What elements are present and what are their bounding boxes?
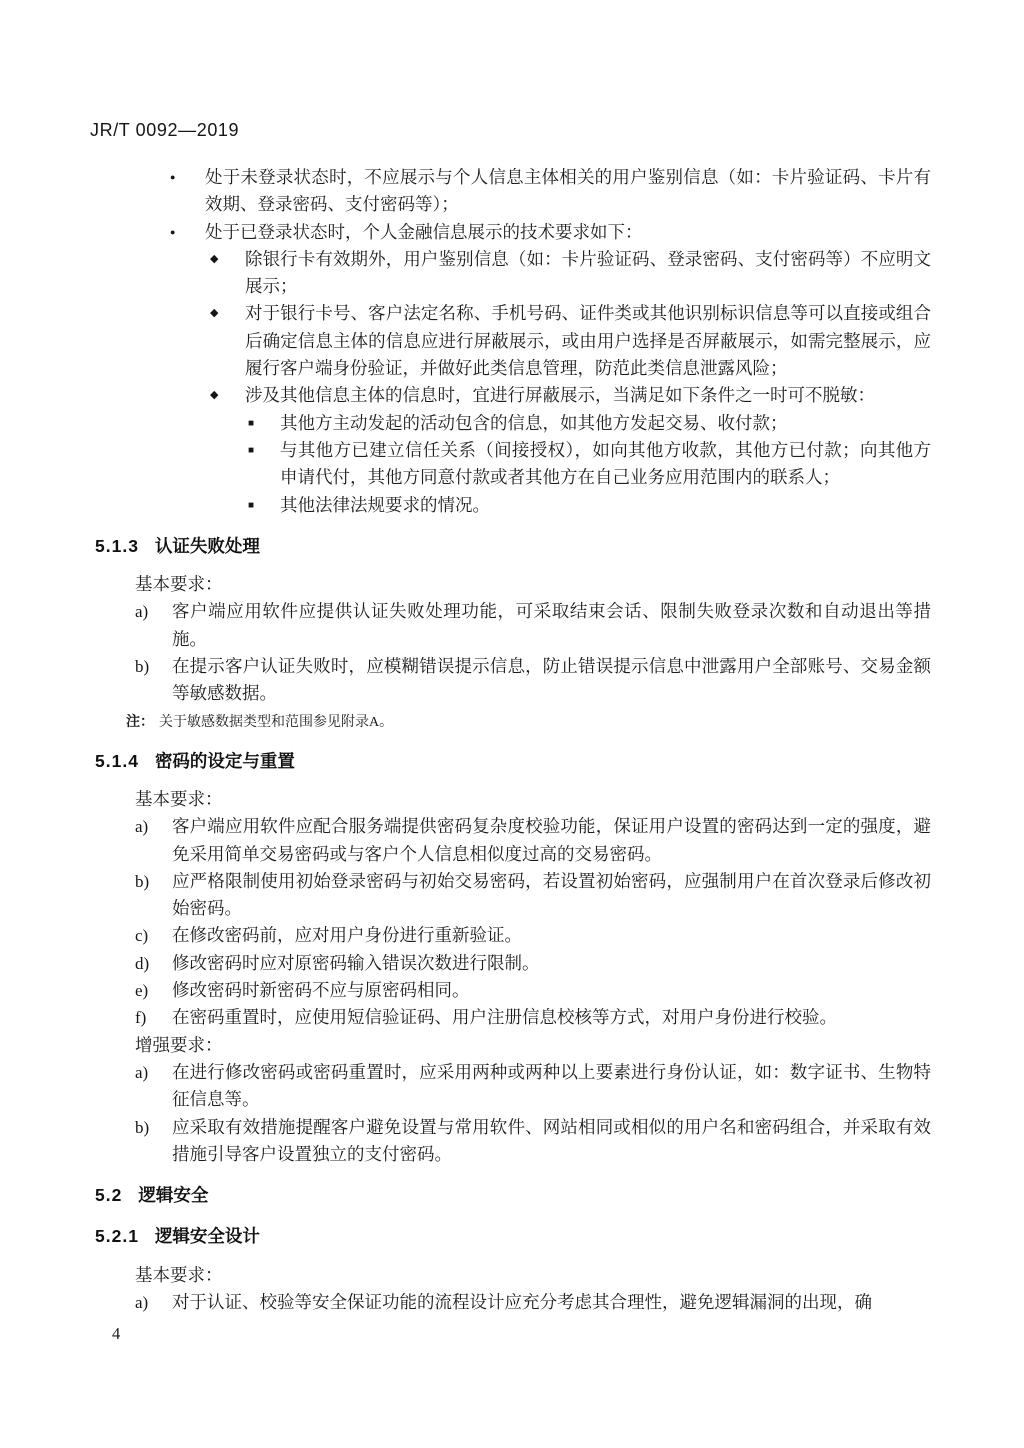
list-item-text: 在进行修改密码或密码重置时，应采用两种或两种以上要素进行身份认证，如：数字证书、… [172, 1059, 931, 1114]
list-item-text: 除银行卡有效期外，用户鉴别信息（如：卡片验证码、登录密码、支付密码等）不应明文展… [245, 246, 931, 301]
list-item: ■ 其他方主动发起的活动包含的信息，如其他方发起交易、收付款； [95, 410, 931, 437]
list-item-text: 处于未登录状态时，不应展示与个人信息主体相关的用户鉴别信息（如：卡片验证码、卡片… [205, 164, 931, 219]
section-heading-514: 5.1.4 密码的设定与重置 [95, 748, 931, 775]
square-icon: ■ [248, 437, 280, 492]
list-item-text: 客户端应用软件应配合服务端提供密码复杂度校验功能，保证用户设置的密码达到一定的强… [172, 813, 931, 868]
heading-title: 认证失败处理 [155, 533, 260, 560]
heading-number: 5.2 [95, 1182, 122, 1209]
item-marker: a) [135, 1059, 172, 1114]
heading-number: 5.2.1 [95, 1223, 139, 1250]
list-item: ■ 其他法律法规要求的情况。 [95, 492, 931, 519]
section-heading-521: 5.2.1 逻辑安全设计 [95, 1223, 931, 1250]
square-icon: ■ [248, 492, 280, 519]
list-item: ● 处于未登录状态时，不应展示与个人信息主体相关的用户鉴别信息（如：卡片验证码、… [95, 164, 931, 219]
list-item: f) 在密码重置时，应使用短信验证码、用户注册信息校核等方式，对用户身份进行校验… [95, 1004, 931, 1031]
list-item-text: 处于已登录状态时，个人金融信息展示的技术要求如下： [205, 219, 931, 246]
bullet-icon: ● [170, 219, 205, 246]
basic-requirements-label: 基本要求： [135, 1262, 931, 1289]
diamond-icon: ◆ [210, 246, 245, 301]
list-item-text: 与其他方已建立信任关系（间接授权），如向其他方收款，其他方已付款；向其他方申请代… [280, 437, 931, 492]
list-item: ■ 与其他方已建立信任关系（间接授权），如向其他方收款，其他方已付款；向其他方申… [95, 437, 931, 492]
basic-requirements-label: 基本要求： [135, 786, 931, 813]
basic-requirements-label: 基本要求： [135, 571, 931, 598]
item-marker: b) [135, 1114, 172, 1169]
list-item: a) 客户端应用软件应配合服务端提供密码复杂度校验功能，保证用户设置的密码达到一… [95, 813, 931, 868]
item-marker: a) [135, 598, 172, 653]
list-item-text: 修改密码时应对原密码输入错误次数进行限制。 [172, 950, 931, 977]
diamond-icon: ◆ [210, 382, 245, 409]
list-item: ◆ 除银行卡有效期外，用户鉴别信息（如：卡片验证码、登录密码、支付密码等）不应明… [95, 246, 931, 301]
list-item: e) 修改密码时新密码不应与原密码相同。 [95, 977, 931, 1004]
item-marker: a) [135, 1289, 172, 1316]
list-item-text: 客户端应用软件应提供认证失败处理功能，可采取结束会话、限制失败登录次数和自动退出… [172, 598, 931, 653]
diamond-icon: ◆ [210, 300, 245, 382]
item-marker: e) [135, 977, 172, 1004]
list-item: a) 对于认证、校验等安全保证功能的流程设计应充分考虑其合理性，避免逻辑漏洞的出… [95, 1289, 931, 1316]
item-marker: b) [135, 868, 172, 923]
list-item-text: 在密码重置时，应使用短信验证码、用户注册信息校核等方式，对用户身份进行校验。 [172, 1004, 931, 1031]
list-item-text: 对于认证、校验等安全保证功能的流程设计应充分考虑其合理性，避免逻辑漏洞的出现，确 [172, 1289, 931, 1316]
note-label: 注： [126, 711, 154, 734]
list-item-text: 对于银行卡号、客户法定名称、手机号码、证件类或其他识别标识信息等可以直接或组合后… [245, 300, 931, 382]
item-marker: d) [135, 950, 172, 977]
list-item: b) 应采取有效措施提醒客户避免设置与常用软件、网站相同或相似的用户名和密码组合… [95, 1114, 931, 1169]
list-item: b) 应严格限制使用初始登录密码与初始交易密码，若设置初始密码，应强制用户在首次… [95, 868, 931, 923]
list-item-text: 在提示客户认证失败时，应模糊错误提示信息，防止错误提示信息中泄露用户全部账号、交… [172, 653, 931, 708]
list-item-text: 修改密码时新密码不应与原密码相同。 [172, 977, 931, 1004]
list-item-text: 涉及其他信息主体的信息时，宜进行屏蔽展示，当满足如下条件之一时可不脱敏： [245, 382, 931, 409]
square-icon: ■ [248, 410, 280, 437]
doc-code: JR/T 0092—2019 [90, 120, 239, 141]
item-marker: f) [135, 1004, 172, 1031]
note: 注： 关于敏感数据类型和范围参见附录A。 [126, 711, 931, 734]
section-heading-513: 5.1.3 认证失败处理 [95, 533, 931, 560]
list-item-text: 其他法律法规要求的情况。 [280, 492, 931, 519]
list-item: b) 在提示客户认证失败时，应模糊错误提示信息，防止错误提示信息中泄露用户全部账… [95, 653, 931, 708]
bullet-icon: ● [170, 164, 205, 219]
list-item: ◆ 涉及其他信息主体的信息时，宜进行屏蔽展示，当满足如下条件之一时可不脱敏： [95, 382, 931, 409]
document-page: JR/T 0092—2019 ● 处于未登录状态时，不应展示与个人信息主体相关的… [0, 0, 1024, 1448]
list-item: d) 修改密码时应对原密码输入错误次数进行限制。 [95, 950, 931, 977]
list-item: c) 在修改密码前，应对用户身份进行重新验证。 [95, 922, 931, 949]
heading-title: 逻辑安全设计 [155, 1223, 260, 1250]
list-item-text: 应严格限制使用初始登录密码与初始交易密码，若设置初始密码，应强制用户在首次登录后… [172, 868, 931, 923]
list-item: a) 客户端应用软件应提供认证失败处理功能，可采取结束会话、限制失败登录次数和自… [95, 598, 931, 653]
note-text: 关于敏感数据类型和范围参见附录A。 [159, 711, 931, 734]
heading-number: 5.1.3 [95, 533, 139, 560]
list-item: ◆ 对于银行卡号、客户法定名称、手机号码、证件类或其他识别标识信息等可以直接或组… [95, 300, 931, 382]
heading-title: 密码的设定与重置 [155, 748, 295, 775]
item-marker: b) [135, 653, 172, 708]
heading-title: 逻辑安全 [138, 1182, 208, 1209]
heading-number: 5.1.4 [95, 748, 139, 775]
content-area: ● 处于未登录状态时，不应展示与个人信息主体相关的用户鉴别信息（如：卡片验证码、… [95, 164, 931, 1316]
item-marker: c) [135, 922, 172, 949]
section-heading-52: 5.2 逻辑安全 [95, 1182, 931, 1209]
item-marker: a) [135, 813, 172, 868]
list-item-text: 在修改密码前，应对用户身份进行重新验证。 [172, 922, 931, 949]
enhanced-requirements-label: 增强要求： [135, 1032, 931, 1059]
list-item-text: 其他方主动发起的活动包含的信息，如其他方发起交易、收付款； [280, 410, 931, 437]
list-item-text: 应采取有效措施提醒客户避免设置与常用软件、网站相同或相似的用户名和密码组合，并采… [172, 1114, 931, 1169]
page-number: 4 [112, 1324, 120, 1344]
list-item: a) 在进行修改密码或密码重置时，应采用两种或两种以上要素进行身份认证，如：数字… [95, 1059, 931, 1114]
list-item: ● 处于已登录状态时，个人金融信息展示的技术要求如下： [95, 219, 931, 246]
